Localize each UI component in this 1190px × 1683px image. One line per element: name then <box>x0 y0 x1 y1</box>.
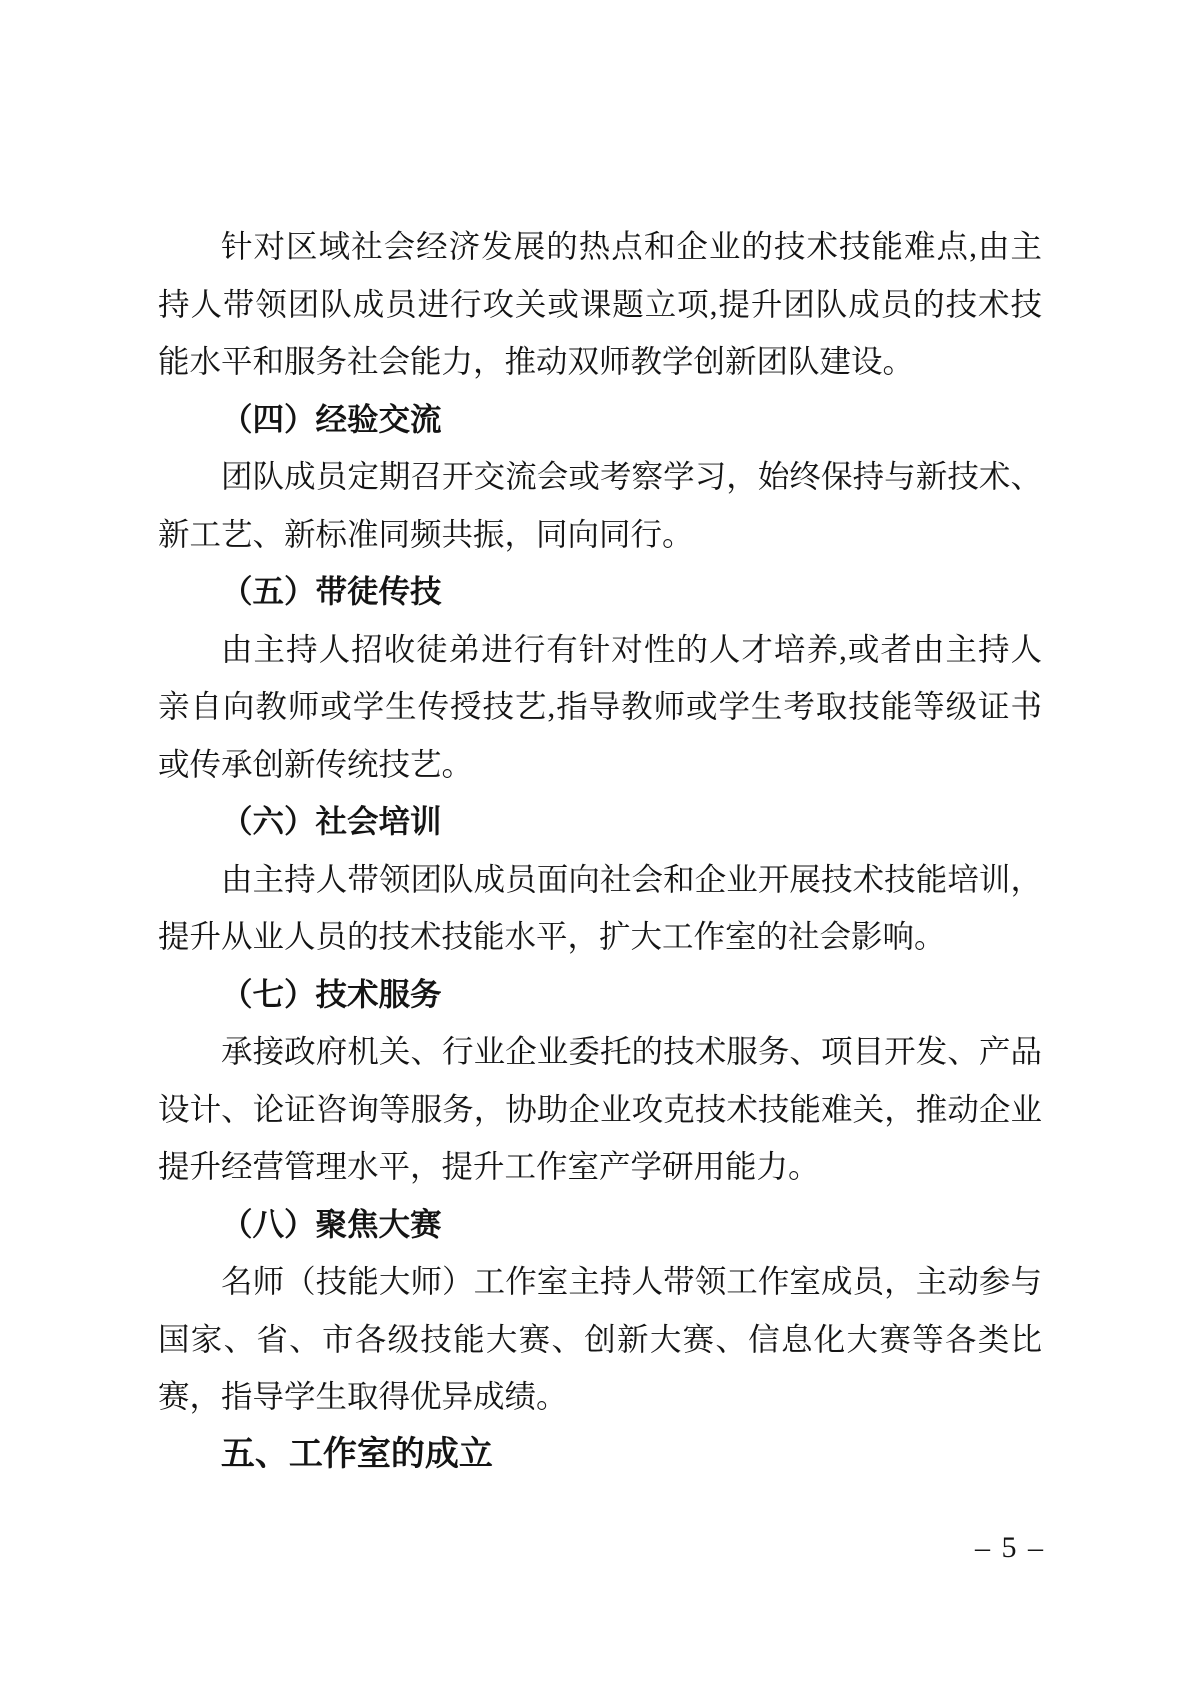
paragraph-apprentice-teaching: 由主持人招收徒弟进行有针对性的人才培养,或者由主持人亲自向教师或学生传授技艺,指… <box>158 621 1042 794</box>
section-heading-experience-exchange: （四）经验交流 <box>158 391 1042 449</box>
page-number: – 5 – <box>975 1530 1045 1566</box>
chapter-heading-studio-establishment: 五、工作室的成立 <box>158 1426 1042 1484</box>
section-heading-technical-service: （七）技术服务 <box>158 966 1042 1024</box>
paragraph-project-research: 针对区域社会经济发展的热点和企业的技术技能难点,由主持人带领团队成员进行攻关或课… <box>158 218 1042 391</box>
paragraph-competitions: 名师（技能大师）工作室主持人带领工作室成员，主动参与国家、省、市各级技能大赛、创… <box>158 1253 1042 1426</box>
document-page: 针对区域社会经济发展的热点和企业的技术技能难点,由主持人带领团队成员进行攻关或课… <box>0 0 1190 1683</box>
paragraph-social-training: 由主持人带领团队成员面向社会和企业开展技术技能培训，提升从业人员的技术技能水平，… <box>158 851 1042 966</box>
section-heading-social-training: （六）社会培训 <box>158 793 1042 851</box>
paragraph-experience-exchange: 团队成员定期召开交流会或考察学习，始终保持与新技术、新工艺、新标准同频共振，同向… <box>158 448 1042 563</box>
section-heading-competitions: （八）聚焦大赛 <box>158 1196 1042 1254</box>
document-body: 针对区域社会经济发展的热点和企业的技术技能难点,由主持人带领团队成员进行攻关或课… <box>158 218 1042 1483</box>
section-heading-apprentice-teaching: （五）带徒传技 <box>158 563 1042 621</box>
paragraph-technical-service: 承接政府机关、行业企业委托的技术服务、项目开发、产品设计、论证咨询等服务，协助企… <box>158 1023 1042 1196</box>
